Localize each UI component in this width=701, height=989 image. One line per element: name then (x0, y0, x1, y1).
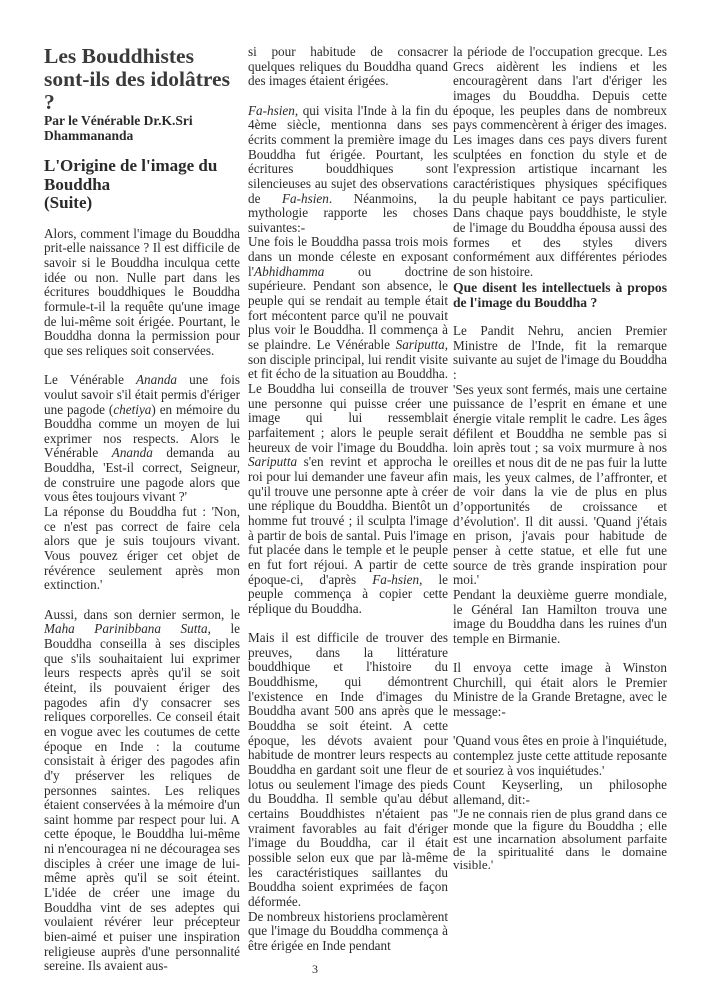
column-left: Les Bouddhistes sont-ils des idolâtres ?… (44, 45, 240, 974)
column-middle: si pour habitude de consacrer quelques r… (248, 45, 448, 954)
paragraph: Pendant la deuxième guerre mondiale, le … (453, 588, 667, 647)
paragraph: Fa-hsien, qui visita l'Inde à la fin du … (248, 104, 448, 236)
quote-paragraph: 'Ses yeux sont fermés, mais une certaine… (453, 383, 667, 588)
italic-term: Fa-hsien (372, 572, 419, 587)
section-subtitle: L'Origine de l'image du Bouddha (Suite) (44, 157, 240, 213)
paragraph: Une fois le Bouddha passa trois mois dan… (248, 235, 448, 616)
paragraph: Mais il est difficile de trouver des pre… (248, 631, 448, 909)
italic-term: Sariputta (248, 454, 297, 469)
quote-paragraph: 'Quand vous êtes en proie à l'inquiétude… (453, 734, 667, 778)
text-run: Aussi, dans son dernier sermon, le (44, 607, 240, 622)
subtitle-suite: (Suite) (44, 193, 92, 212)
text-run: s'en revint et approcha le roi pour lui … (248, 454, 448, 586)
italic-term: Fa-hsien (282, 191, 329, 206)
paragraph: La réponse du Bouddha fut : 'Non, ce n'e… (44, 505, 240, 593)
article-byline: Par le Vénérable Dr.K.Sri Dhammananda (44, 114, 240, 143)
subtitle-main: L'Origine de l'image du Bouddha (44, 156, 217, 194)
article-title: Les Bouddhistes sont-ils des idolâtres ? (44, 45, 240, 114)
section-heading: Que disent les intellectuels à propos de… (453, 280, 667, 310)
paragraph: Il envoya cette image à Winston Churchil… (453, 661, 667, 720)
italic-term: Maha Parinibbana Sutta (44, 621, 208, 636)
italic-term: Ananda (136, 372, 177, 387)
column-right: la période de l'occupation grecque. Les … (453, 45, 667, 872)
italic-term: Sariputta (396, 337, 445, 352)
paragraph: Alors, comment l'image du Bouddha prit-e… (44, 227, 240, 359)
paragraph: Count Keyserling, un philosophe allemand… (453, 778, 667, 807)
text-run: , son disciple principal, lui rendit vis… (248, 337, 448, 455)
text-run: , le Bouddha conseilla à ses disciples q… (44, 621, 240, 973)
italic-term: chetiya (113, 402, 151, 417)
italic-term: Abhidhamma (254, 264, 324, 279)
italic-term: Fa-hsien (248, 103, 295, 118)
italic-term: Ananda (112, 445, 153, 460)
paragraph: De nombreux historiens proclamèrent que … (248, 910, 448, 954)
paragraph: Le Pandit Nehru, ancien Premier Ministre… (453, 324, 667, 383)
page-number: 3 (312, 962, 318, 977)
paragraph: la période de l'occupation grecque. Les … (453, 45, 667, 280)
paragraph: Le Vénérable Ananda une fois voulut savo… (44, 373, 240, 505)
paragraph: si pour habitude de consacrer quelques r… (248, 45, 448, 89)
text-run: Le Vénérable (44, 372, 136, 387)
paragraph: Aussi, dans son dernier sermon, le Maha … (44, 608, 240, 974)
quote-paragraph: "Je ne connais rien de plus grand dans c… (453, 808, 667, 872)
